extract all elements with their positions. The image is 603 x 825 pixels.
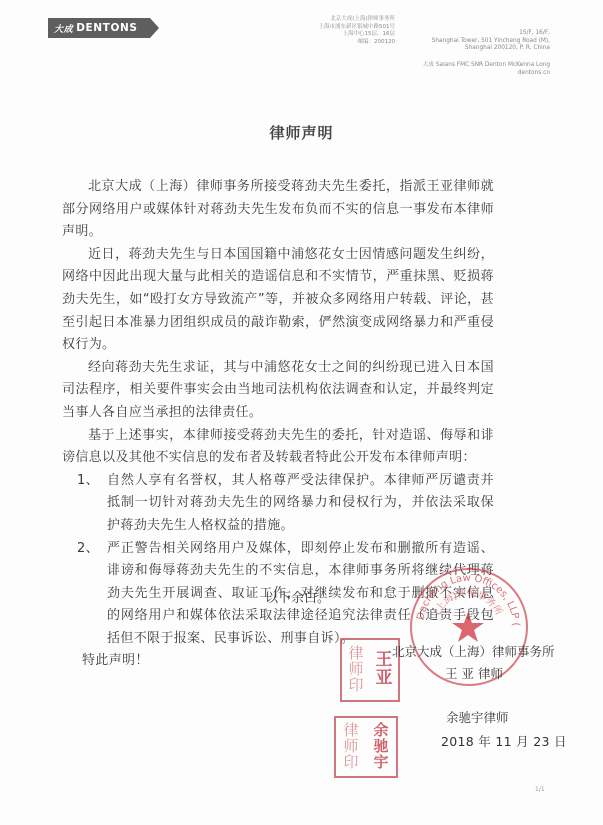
lawyer-seal-yu: 律 师 印 余 驰 宇: [334, 716, 398, 778]
page-number: 1/1: [535, 786, 545, 793]
paragraph: 北京大成（上海）律师事务所接受蒋劲夫先生委托，指派王亚律师就部分网络用户或媒体针…: [62, 176, 494, 244]
seal-char: 亚: [376, 670, 393, 688]
statement-date: 2018 年 11 月 23 日: [441, 732, 567, 750]
letter-page: 大成 DENTONS 北京大成(上海)律师事务所 上海市浦东新区银城中路501号…: [0, 0, 603, 825]
lawyer-signature-yu: 余驰宇律师: [446, 708, 509, 726]
dentons-logo: 大成 DENTONS: [48, 18, 150, 38]
remainder-note: 以下余白。: [265, 587, 330, 606]
document-title: 律师声明: [0, 122, 603, 143]
list-item: 1、 自然人享有名誉权，其人格尊严受法律保护。本律师严厉谴责并抵制一切针对蒋劲夫…: [62, 470, 494, 538]
paragraph: 基于上述事实，本律师接受蒋劲夫先生的委托，针对造谣、侮辱和诽谤信息以及其他不实信…: [62, 425, 494, 470]
firm-signature: 北京大成（上海）律师事务所: [392, 642, 555, 660]
address-en-line: 15/F, 16/F,: [395, 30, 550, 38]
logo-en-text: DENTONS: [76, 22, 137, 34]
firm-affiliates: 大成 Salans FMC SNR Denton McKenna Long de…: [385, 62, 550, 77]
seal-char: 宇: [373, 755, 388, 771]
address-cn-line: 邮编：200120: [280, 39, 395, 47]
list-text: 自然人享有名誉权，其人格尊严受法律保护。本律师严厉谴责并抵制一切针对蒋劲夫先生的…: [107, 473, 494, 533]
lawyer-signature-wang: 王 亚 律师: [445, 664, 503, 682]
seal-left-column: 律 师 印: [336, 718, 366, 776]
website: dentons.cn: [385, 70, 550, 78]
firm-line: 大成 Salans FMC SNR Denton McKenna Long: [385, 62, 550, 70]
seal-char: 印: [343, 755, 358, 771]
logo-cn-text: 大成: [54, 22, 73, 35]
address-cn-line: 北京大成(上海)律师事务所: [280, 16, 395, 24]
address-en-line: Shanghai Tower, 501 Yincheng Road (M),: [395, 38, 550, 46]
address-chinese: 北京大成(上海)律师事务所 上海市浦东新区银城中路501号 上海中心15层、16…: [280, 16, 395, 46]
seal-right-column: 余 驰 宇: [366, 718, 396, 776]
list-number: 1、: [77, 470, 99, 493]
list-number: 2、: [77, 538, 99, 561]
seal-left-column: 律 师 印: [342, 640, 370, 700]
address-cn-line: 上海中心15层、16层: [280, 31, 395, 39]
address-en-line: Shanghai 200120, P. R. China: [395, 45, 550, 53]
lawyer-seal-wang: 律 师 印 王 亚: [340, 638, 400, 702]
paragraph: 近日，蒋劲夫先生与日本国国籍中浦悠花女士因情感问题发生纠纷，网络中因此出现大量与…: [62, 244, 494, 357]
paragraph: 经向蒋劲夫先生求证，其与中浦悠花女士之间的纠纷现已进入日本国司法程序，相关要件事…: [62, 357, 494, 425]
seal-char: 印: [348, 678, 363, 694]
address-english: 15/F, 16/F, Shanghai Tower, 501 Yincheng…: [395, 30, 550, 53]
